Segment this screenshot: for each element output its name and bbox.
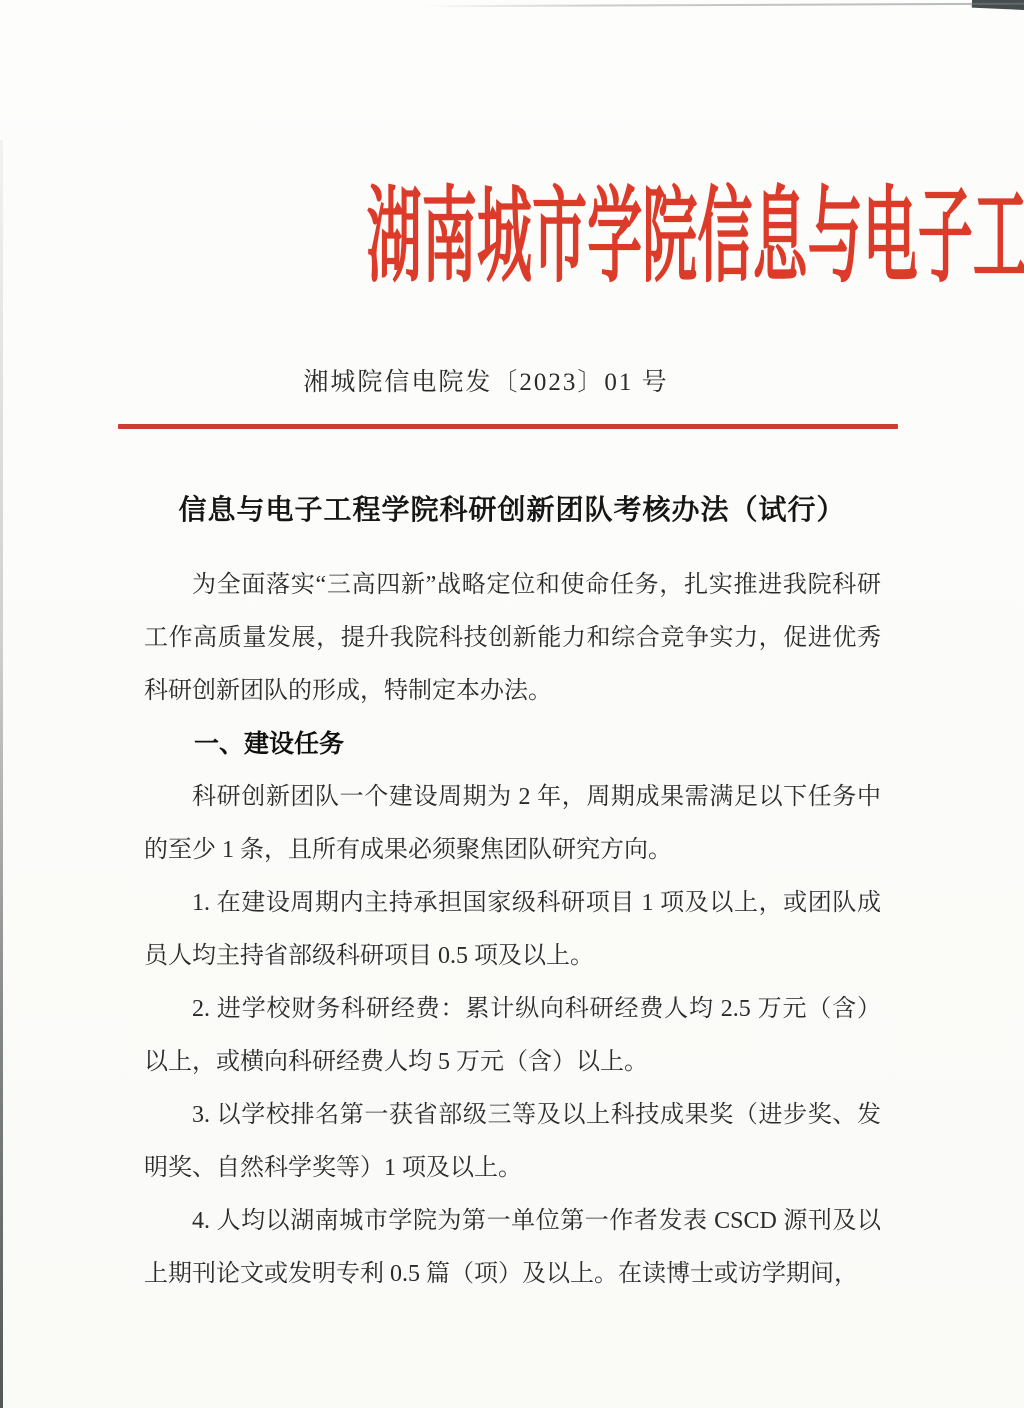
scan-edge-line: [420, 3, 1024, 8]
section-heading-construction-tasks: 一、建设任务: [144, 718, 881, 771]
letterhead-title: 湖南城市学院信息与电子工程学院: [367, 172, 1024, 304]
doc-issue-number: 湘城院信电院发〔2023〕01 号: [0, 366, 998, 400]
intro-paragraph: 为全面落实“三高四新”战略定位和使命任务，扎实推进我院科研工作高质量发展，提升我…: [144, 559, 881, 718]
task-item-2: 2. 进学校财务科研经费：累计纵向科研经费人均 2.5 万元（含）以上，或横向科…: [144, 983, 881, 1089]
scan-left-edge-artifact: [0, 140, 3, 1408]
section-lead-paragraph: 科研创新团队一个建设周期为 2 年，周期成果需满足以下任务中的至少 1 条，且所…: [144, 771, 881, 877]
task-item-3: 3. 以学校排名第一获省部级三等及以上科技成果奖（进步奖、发明奖、自然科学奖等）…: [144, 1089, 881, 1195]
red-divider-rule: [118, 424, 898, 429]
scanned-document-page: 湖南城市学院信息与电子工程学院 湘城院信电院发〔2023〕01 号 信息与电子工…: [0, 0, 1024, 1408]
document-body: 为全面落实“三高四新”战略定位和使命任务，扎实推进我院科研工作高质量发展，提升我…: [144, 559, 881, 1301]
document-title: 信息与电子工程学院科研创新团队考核办法（试行）: [0, 492, 1024, 528]
task-item-1: 1. 在建设周期内主持承担国家级科研项目 1 项及以上，或团队成员人均主持省部级…: [144, 877, 881, 983]
task-item-4: 4. 人均以湖南城市学院为第一单位第一作者发表 CSCD 源刊及以上期刊论文或发…: [144, 1195, 881, 1301]
letterhead-banner: 湖南城市学院信息与电子工程学院: [0, 172, 1024, 304]
scan-corner-artifact: [972, 0, 1024, 10]
